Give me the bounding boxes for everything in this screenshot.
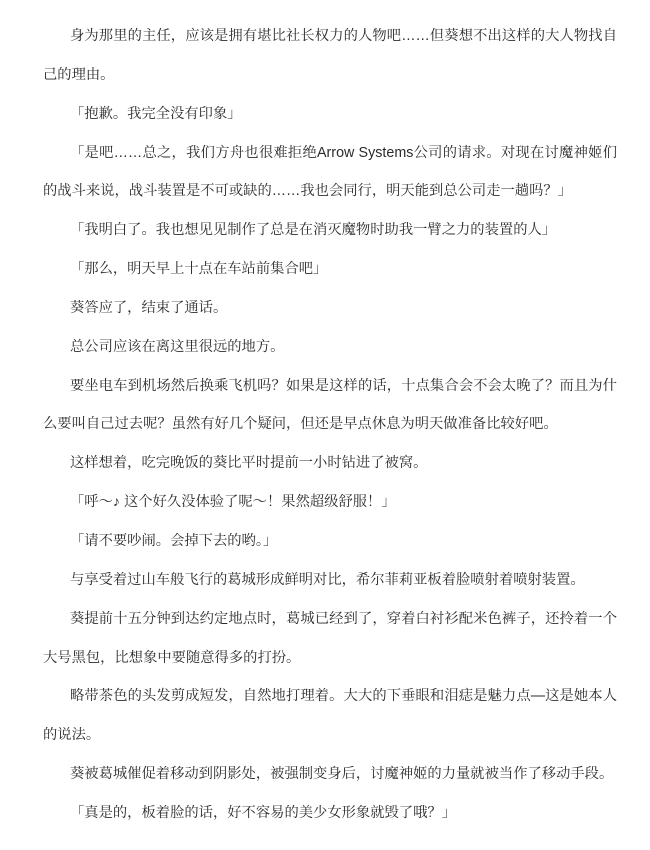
paragraph: 「那么，明天早上十点在车站前集合吧」 [43,250,617,289]
paragraph: 「抱歉。我完全没有印象」 [43,95,617,134]
paragraph: 与享受着过山车般飞行的葛城形成鲜明对比，希尔菲莉亚板着脸喷射着喷射装置。 [43,561,617,600]
paragraph: 这样想着，吃完晚饭的葵比平时提前一小时钻进了被窝。 [43,444,617,483]
paragraph: 「是吧……总之，我们方舟也很难拒绝Arrow Systems公司的请求。对现在讨… [43,134,617,212]
paragraph: 「请不要吵闹。会掉下去的哟。」 [43,522,617,561]
paragraph: 总公司应该在离这里很远的地方。 [43,328,617,367]
paragraph: 葵答应了，结束了通话。 [43,289,617,328]
paragraph: 要坐电车到机场然后换乘飞机吗？如果是这样的话，十点集合会不会太晚了？而且为什么要… [43,367,617,445]
paragraph: 葵被葛城催促着移动到阴影处，被强制变身后，讨魔神姬的力量就被当作了移动手段。 [43,755,617,794]
paragraph: 「呼～♪ 这个好久没体验了呢～！果然超级舒服！」 [43,483,617,522]
paragraph: 身为那里的主任，应该是拥有堪比社长权力的人物吧……但葵想不出这样的大人物找自己的… [43,17,617,95]
paragraph: 葵提前十五分钟到达约定地点时，葛城已经到了，穿着白衬衫配米色裤子，还拎着一个大号… [43,600,617,678]
paragraph: 略带茶色的头发剪成短发，自然地打理着。大大的下垂眼和泪痣是魅力点—这是她本人的说… [43,677,617,755]
paragraph: 「真是的，板着脸的话，好不容易的美少女形象就毁了哦？」 [43,794,617,833]
paragraph: 「我明白了。我也想见见制作了总是在消灭魔物时助我一臂之力的装置的人」 [43,211,617,250]
novel-text: 身为那里的主任，应该是拥有堪比社长权力的人物吧……但葵想不出这样的大人物找自己的… [43,17,617,833]
reader-page: 身为那里的主任，应该是拥有堪比社长权力的人物吧……但葵想不出这样的大人物找自己的… [0,0,650,850]
